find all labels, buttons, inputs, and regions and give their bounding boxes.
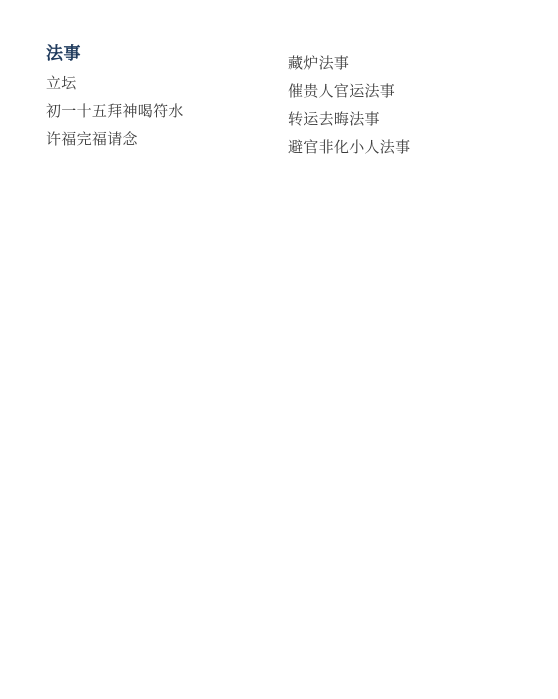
list-item: 转运去晦法事 <box>288 106 410 134</box>
section-heading: 法事 <box>46 42 288 66</box>
list-item: 许福完福请念 <box>46 126 288 154</box>
list-item: 初一十五拜神喝符水 <box>46 98 288 126</box>
left-column: 法事 立坛 初一十五拜神喝符水 许福完福请念 <box>46 42 288 154</box>
list-item: 藏炉法事 <box>288 50 410 78</box>
list-item: 催贵人官运法事 <box>288 78 410 106</box>
list-item: 避官非化小人法事 <box>288 134 410 162</box>
document-page: 法事 立坛 初一十五拜神喝符水 许福完福请念 藏炉法事 催贵人官运法事 转运去晦… <box>0 0 558 699</box>
service-list: 法事 立坛 初一十五拜神喝符水 许福完福请念 藏炉法事 催贵人官运法事 转运去晦… <box>46 42 410 162</box>
list-item: 立坛 <box>46 70 288 98</box>
right-column: 藏炉法事 催贵人官运法事 转运去晦法事 避官非化小人法事 <box>288 42 410 162</box>
